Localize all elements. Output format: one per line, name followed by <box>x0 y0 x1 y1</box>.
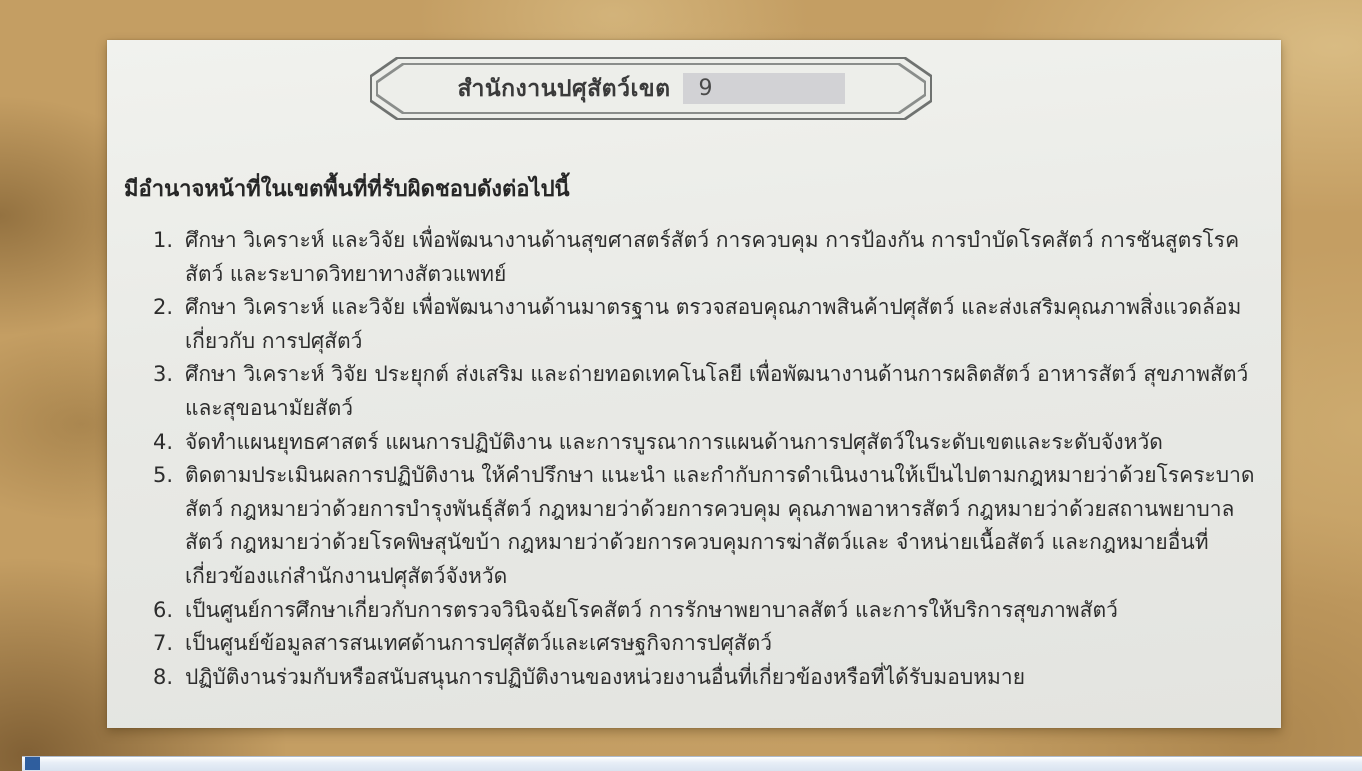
title-label: สำนักงานปศุสัตว์เขต <box>457 71 670 107</box>
duty-item: 8. ปฏิบัติงานร่วมกับหรือสนับสนุนการปฏิบั… <box>153 661 1265 695</box>
screenshot-root: { "title_box": { "label": "สำนักงานปศุสั… <box>0 0 1362 771</box>
taskbar-strip <box>22 756 1362 771</box>
duty-item: 1. ศึกษา วิเคราะห์ และวิจัย เพื่อพัฒนางา… <box>153 224 1265 291</box>
duty-item: 6. เป็นศูนย์การศึกษาเกี่ยวกับการตรวจวินิ… <box>153 594 1265 628</box>
taskbar-accent-square <box>25 757 40 770</box>
duties-list: 1. ศึกษา วิเคราะห์ และวิจัย เพื่อพัฒนางา… <box>153 224 1265 694</box>
duty-text: จัดทำแผนยุทธศาสตร์ แผนการปฏิบัติงาน และก… <box>185 426 1265 460</box>
document-card: สำนักงานปศุสัตว์เขต 9 มีอำนาจหน้าที่ในเข… <box>107 40 1281 728</box>
duty-item: 4. จัดทำแผนยุทธศาสตร์ แผนการปฏิบัติงาน แ… <box>153 426 1265 460</box>
duty-item: 7. เป็นศูนย์ข้อมูลสารสนเทศด้านการปศุสัตว… <box>153 627 1265 661</box>
duty-text: ติดตามประเมินผลการปฏิบัติงาน ให้คำปรึกษา… <box>185 459 1265 593</box>
title-row: สำนักงานปศุสัตว์เขต 9 <box>370 57 932 120</box>
duty-item: 2. ศึกษา วิเคราะห์ และวิจัย เพื่อพัฒนางา… <box>153 291 1265 358</box>
duty-text: ศึกษา วิเคราะห์ และวิจัย เพื่อพัฒนางานด้… <box>185 291 1265 358</box>
duty-item: 5. ติดตามประเมินผลการปฏิบัติงาน ให้คำปรึ… <box>153 459 1265 593</box>
duty-number: 8. <box>153 661 185 695</box>
title-box: สำนักงานปศุสัตว์เขต 9 <box>370 57 932 120</box>
duty-number: 6. <box>153 594 185 628</box>
duty-text: ศึกษา วิเคราะห์ และวิจัย เพื่อพัฒนางานด้… <box>185 224 1265 291</box>
duty-number: 1. <box>153 224 185 291</box>
region-number-patch: 9 <box>683 73 845 104</box>
duty-number: 3. <box>153 358 185 425</box>
duties-heading: มีอำนาจหน้าที่ในเขตพื้นที่ที่รับผิดชอบดั… <box>124 171 570 206</box>
duty-text: เป็นศูนย์ข้อมูลสารสนเทศด้านการปศุสัตว์แล… <box>185 627 1265 661</box>
duty-text: ศึกษา วิเคราะห์ วิจัย ประยุกต์ ส่งเสริม … <box>185 358 1265 425</box>
duty-number: 5. <box>153 459 185 593</box>
duty-text: ปฏิบัติงานร่วมกับหรือสนับสนุนการปฏิบัติง… <box>185 661 1265 695</box>
duty-item: 3. ศึกษา วิเคราะห์ วิจัย ประยุกต์ ส่งเสร… <box>153 358 1265 425</box>
duty-text: เป็นศูนย์การศึกษาเกี่ยวกับการตรวจวินิจฉั… <box>185 594 1265 628</box>
duty-number: 7. <box>153 627 185 661</box>
duty-number: 2. <box>153 291 185 358</box>
region-number: 9 <box>699 76 714 101</box>
duty-number: 4. <box>153 426 185 460</box>
